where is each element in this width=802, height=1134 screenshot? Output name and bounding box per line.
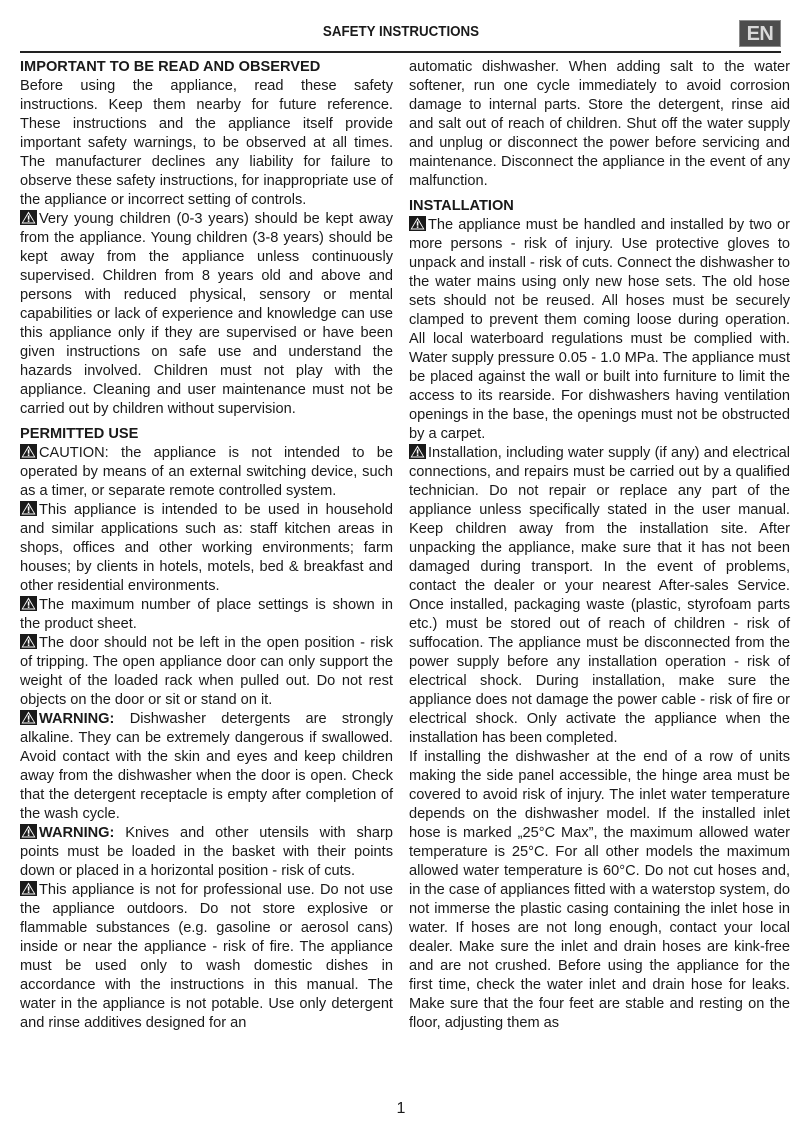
section-heading-installation: INSTALLATION <box>409 197 790 216</box>
paragraph-professional-use: This appliance is not for professional u… <box>20 881 393 1033</box>
paragraph-intro: Before using the appliance, read these s… <box>20 77 393 210</box>
page-title: SAFETY INSTRUCTIONS <box>32 24 770 40</box>
warning-triangle-icon <box>20 824 37 839</box>
paragraph-door: The door should not be left in the open … <box>20 634 393 710</box>
section-heading-important: IMPORTANT TO BE READ AND OBSERVED <box>20 58 393 77</box>
paragraph-place-settings: The maximum number of place settings is … <box>20 596 393 634</box>
paragraph-qualified-technician: Installation, including water supply (if… <box>409 444 790 748</box>
warning-triangle-icon <box>20 210 37 225</box>
warning-triangle-icon <box>20 501 37 516</box>
warning-triangle-icon <box>20 596 37 611</box>
warning-triangle-icon <box>20 710 37 725</box>
paragraph-hoses: If installing the dishwasher at the end … <box>409 748 790 1033</box>
left-column: IMPORTANT TO BE READ AND OBSERVED Before… <box>20 58 393 1033</box>
warning-triangle-icon <box>409 216 426 231</box>
section-heading-permitted-use: PERMITTED USE <box>20 425 393 444</box>
paragraph-household-use: This appliance is intended to be used in… <box>20 501 393 596</box>
warning-label: WARNING: <box>39 825 114 841</box>
language-badge: EN <box>739 20 781 47</box>
header-divider <box>20 51 781 53</box>
right-column: automatic dishwasher. When adding salt t… <box>409 58 790 1033</box>
paragraph-caution: CAUTION: the appliance is not intended t… <box>20 444 393 501</box>
warning-triangle-icon <box>20 881 37 896</box>
warning-triangle-icon <box>20 444 37 459</box>
paragraph-handling: The appliance must be handled and instal… <box>409 216 790 444</box>
paragraph-children: Very young children (0-3 years) should b… <box>20 210 393 419</box>
page-number: 1 <box>0 1100 802 1118</box>
warning-triangle-icon <box>20 634 37 649</box>
warning-label: WARNING: <box>39 711 114 727</box>
paragraph-warning-knives: WARNING: Knives and other utensils with … <box>20 824 393 881</box>
warning-triangle-icon <box>409 444 426 459</box>
paragraph-warning-detergents: WARNING: Dishwasher detergents are stron… <box>20 710 393 824</box>
paragraph-continuation: automatic dishwasher. When adding salt t… <box>409 58 790 191</box>
